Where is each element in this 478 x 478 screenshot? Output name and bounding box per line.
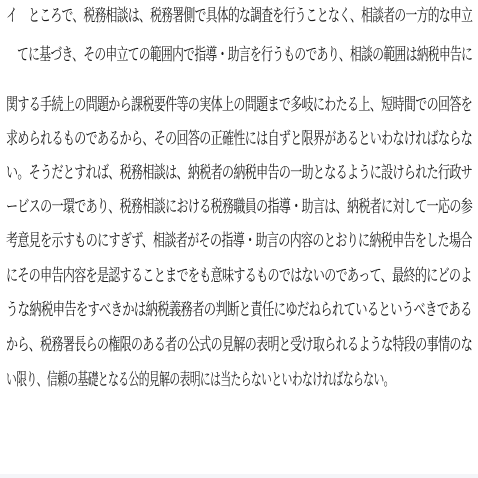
document-page: イ ところで、税務相談は、税務署側で具体的な調査を行うことなく、相談者の一方的な… (0, 0, 478, 478)
paragraph-line-11: い限り、信頼の基礎となる公的見解の表明には当たらないといわなければならない。 (6, 369, 394, 391)
paragraph-line-2: てに基づき、その申立ての範囲内で指導・助言を行うものであり、相談の範囲は納税申告… (17, 44, 472, 66)
paragraph-line-10: から、税務署長らの権限のある者の公式の見解の表明と受け取られるような特段の事情の… (6, 334, 472, 356)
paragraph-line-3: 関する手続上の問題から課税要件等の実体上の問題まで多岐にわたる上、短時間での回答… (6, 94, 472, 116)
paragraph-line-1: イ ところで、税務相談は、税務署側で具体的な調査を行うことなく、相談者の一方的な… (6, 5, 472, 27)
paragraph-line-7: 考意見を示すものにすぎず、相談者がその指導・助言の内容のとおりに納税申告をした場… (6, 230, 472, 252)
page-bottom-edge (0, 474, 478, 478)
paragraph-line-8: にその申告内容を是認することまでをも意味するものではないのであって、最終的にどの… (6, 265, 472, 287)
paragraph-line-4: 求められるものであるから、その回答の正確性には自ずと限界があるといわなければなら… (6, 128, 472, 150)
paragraph-line-5: い。そうだとすれば、税務相談は、納税者の納税申告の一助となるように設けられた行政… (6, 162, 472, 184)
paragraph-line-6: ービスの一環であり、税務相談における税務職員の指導・助言は、納税者に対して一応の… (6, 196, 472, 218)
paragraph-line-9: うな納税申告をすべきかは納税義務者の判断と責任にゆだねられているというべきである (6, 299, 472, 321)
